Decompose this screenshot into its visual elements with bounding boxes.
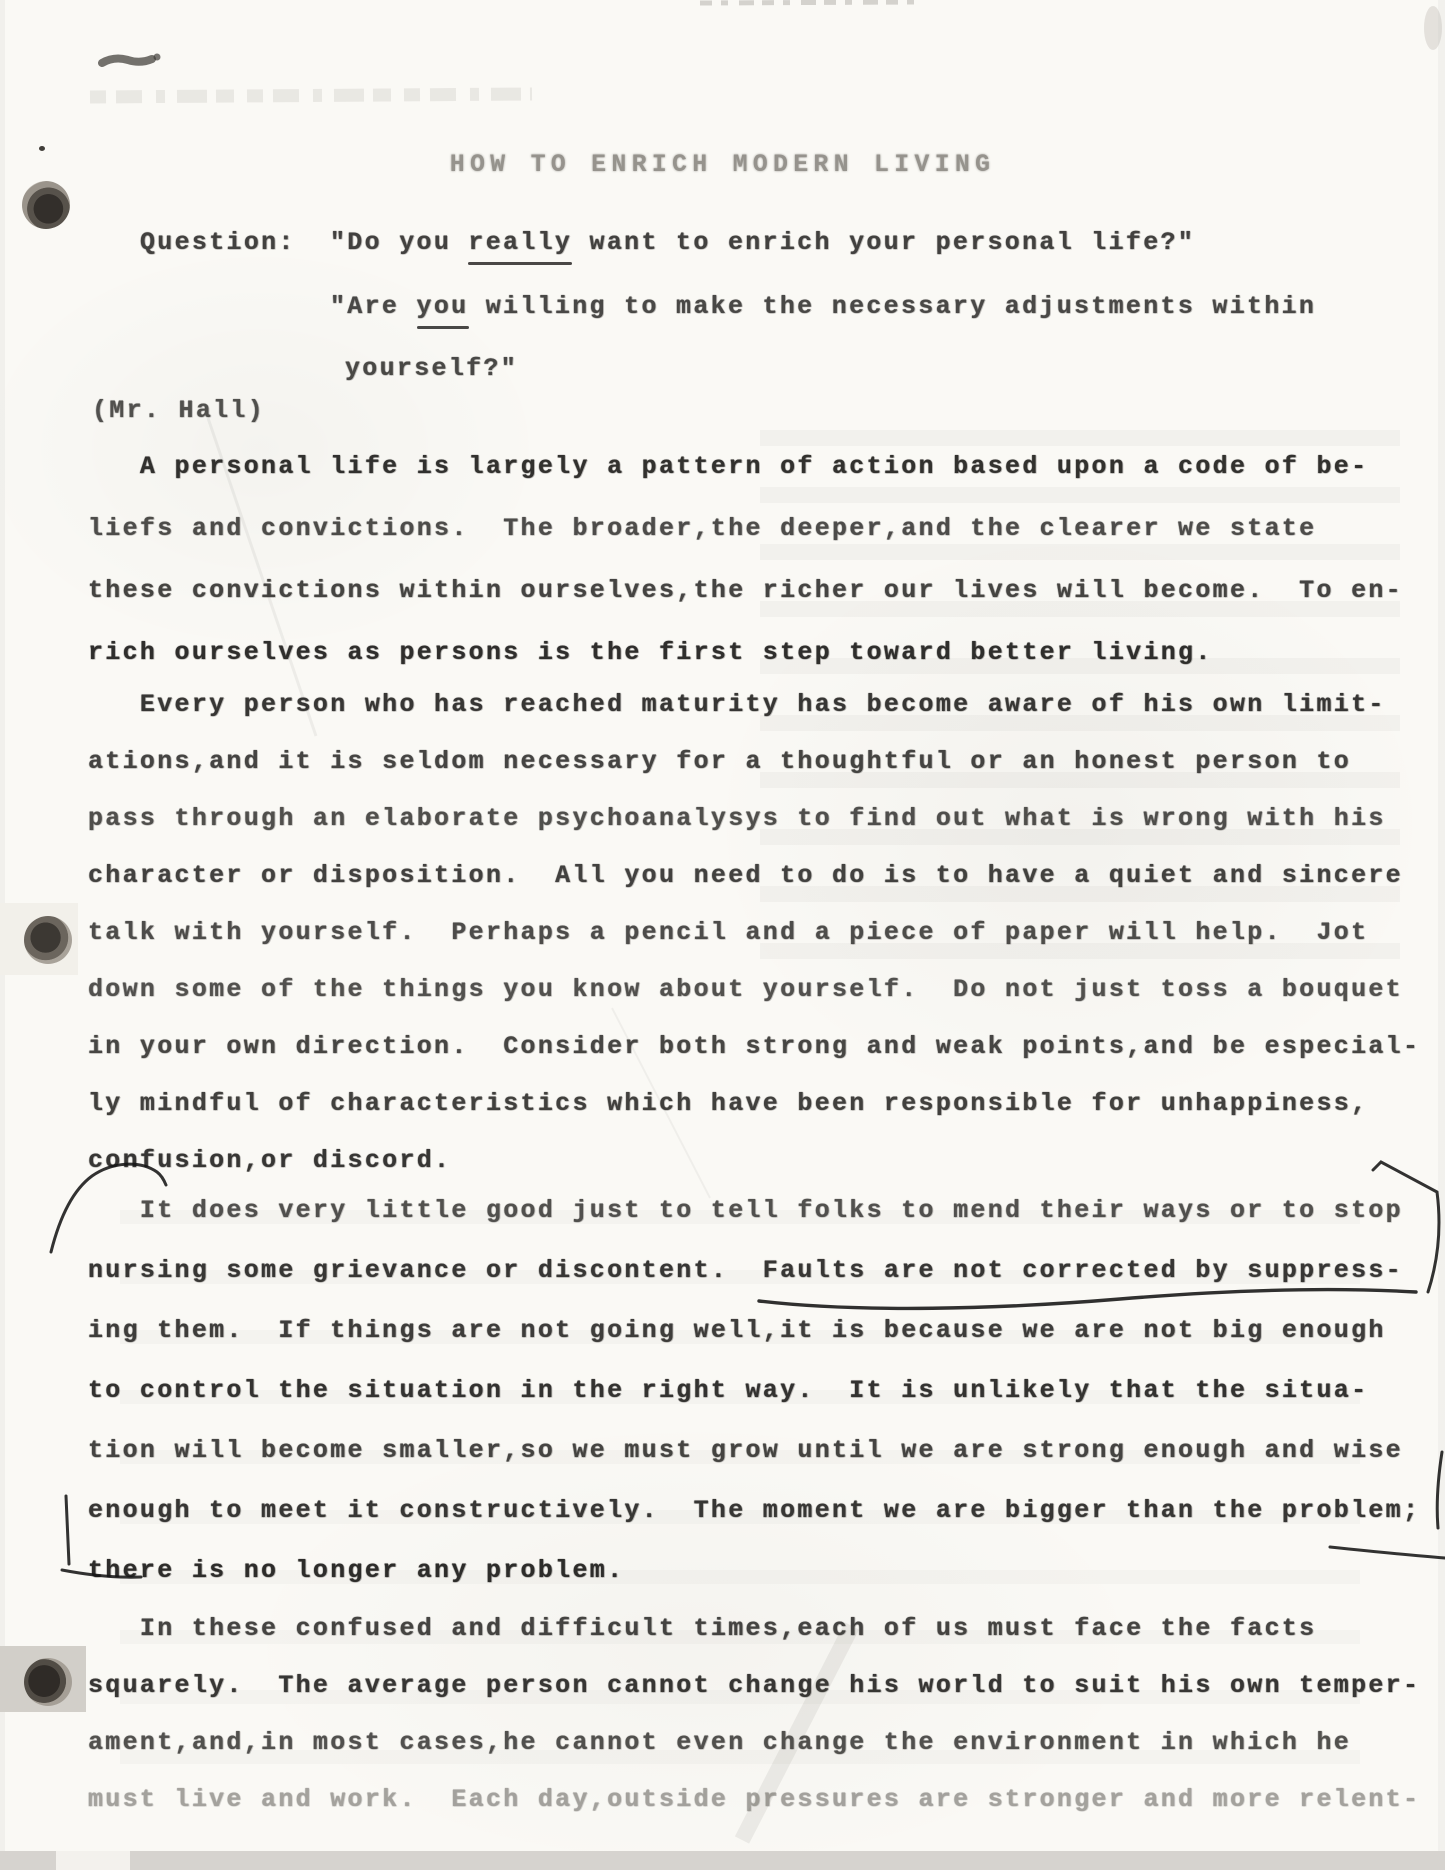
paragraph-4: In these confused and difficult times,ea… bbox=[88, 1614, 1420, 1842]
punch-hole-icon bbox=[24, 916, 72, 964]
text-line: character or disposition. All you need t… bbox=[88, 861, 1420, 918]
ghost-text-line bbox=[90, 94, 532, 97]
text-line: ly mindful of characteristics which have… bbox=[88, 1089, 1420, 1146]
text-line: Every person who has reached maturity ha… bbox=[88, 690, 1420, 747]
speaker-attribution: (Mr. Hall) bbox=[92, 396, 265, 425]
page-title: HOW TO ENRICH MODERN LIVING bbox=[0, 150, 1445, 179]
question-line: yourself?" bbox=[345, 354, 518, 383]
text-line: ations,and it is seldom necessary for a … bbox=[88, 747, 1420, 804]
ink-smudge bbox=[102, 59, 152, 63]
text-line: ament,and,in most cases,he cannot even c… bbox=[88, 1728, 1420, 1785]
scan-bottom-edge-gap bbox=[56, 1851, 130, 1870]
text-line: to control the situation in the right wa… bbox=[88, 1376, 1420, 1436]
text-line: liefs and convictions. The broader,the d… bbox=[88, 514, 1403, 576]
text-line: down some of the things you know about y… bbox=[88, 975, 1420, 1032]
paragraph-1: A personal life is largely a pattern of … bbox=[88, 452, 1403, 700]
cutoff-text-top-edge bbox=[700, 2, 918, 3]
question-label: Question: bbox=[140, 228, 296, 257]
text-line: ing them. If things are not going well,i… bbox=[88, 1316, 1420, 1376]
text-line: talk with yourself. Perhaps a pencil and… bbox=[88, 918, 1420, 975]
typed-underline-you bbox=[417, 326, 469, 329]
text-line: confusion,or discord. bbox=[88, 1146, 1420, 1203]
scan-bottom-edge bbox=[0, 1851, 1445, 1870]
typed-underline-really bbox=[468, 262, 572, 265]
text-line: squarely. The average person cannot chan… bbox=[88, 1671, 1420, 1728]
edge-smudge bbox=[1424, 6, 1442, 50]
question-line: "Do you really want to enrich your perso… bbox=[330, 228, 1195, 257]
text-line: in your own direction. Consider both str… bbox=[88, 1032, 1420, 1089]
scanned-document-page: HOW TO ENRICH MODERN LIVING Question: "D… bbox=[0, 0, 1445, 1870]
punch-hole-icon bbox=[22, 181, 70, 229]
question-line: "Are you willing to make the necessary a… bbox=[330, 292, 1316, 321]
punch-hole-icon bbox=[24, 1658, 72, 1706]
text-line: In these confused and difficult times,ea… bbox=[88, 1614, 1420, 1671]
text-line: pass through an elaborate psychoanalysys… bbox=[88, 804, 1420, 861]
text-line: must live and work. Each day,outside pre… bbox=[88, 1785, 1420, 1842]
text-line: there is no longer any problem. bbox=[88, 1556, 1420, 1616]
text-line: enough to meet it constructively. The mo… bbox=[88, 1496, 1420, 1556]
text-line: It does very little good just to tell fo… bbox=[88, 1196, 1420, 1256]
text-line: tion will become smaller,so we must grow… bbox=[88, 1436, 1420, 1496]
paragraph-2: Every person who has reached maturity ha… bbox=[88, 690, 1420, 1203]
text-line: A personal life is largely a pattern of … bbox=[88, 452, 1403, 514]
text-line: nursing some grievance or discontent. Fa… bbox=[88, 1256, 1420, 1316]
text-line: these convictions within ourselves,the r… bbox=[88, 576, 1403, 638]
ink-speck bbox=[154, 54, 161, 61]
paragraph-3: It does very little good just to tell fo… bbox=[88, 1196, 1420, 1616]
